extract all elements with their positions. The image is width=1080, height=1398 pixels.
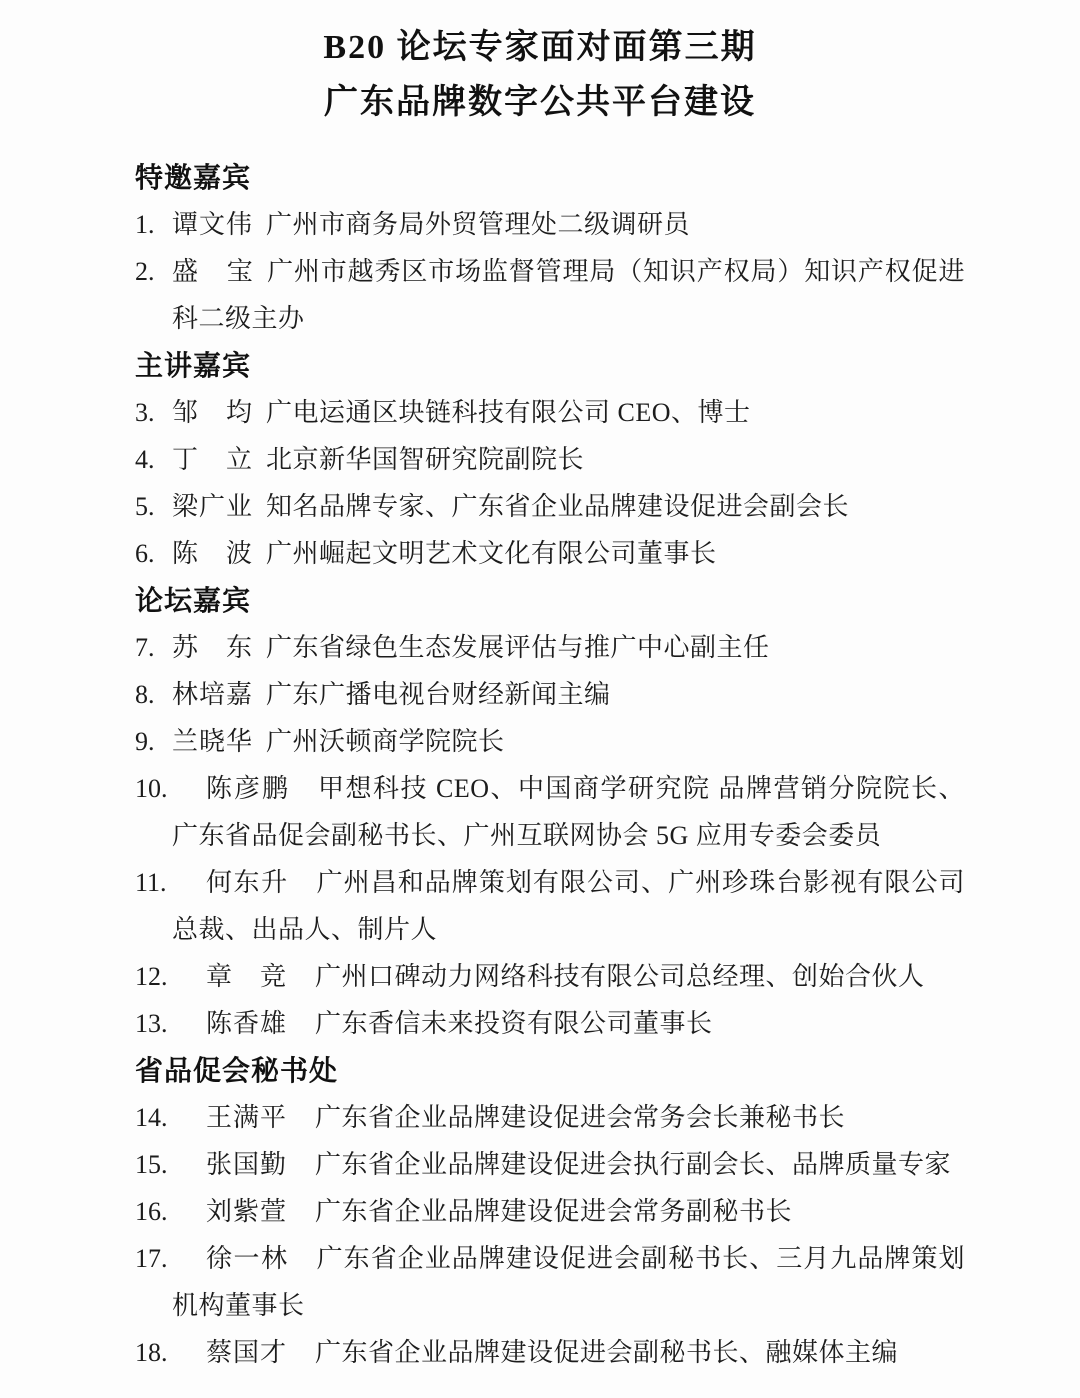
list-item: 2.盛 宝广州市越秀区市场监督管理局（知识产权局）知识产权促进科二级主办 (135, 248, 965, 342)
list-item: 16.刘紫萱广东省企业品牌建设促进会常务副秘书长 (135, 1188, 965, 1235)
item-name: 邹 均 (172, 398, 253, 427)
list-item: 1.谭文伟广州市商务局外贸管理处二级调研员 (135, 201, 965, 248)
item-desc: 甲想科技 CEO、中国商学研究院 品牌营销分院院长、广东省品促会副秘书长、广州互… (172, 774, 965, 850)
item-desc: 广州崛起文明艺术文化有限公司董事长 (266, 539, 717, 568)
item-number: 15. (135, 1141, 168, 1188)
section-items: 1.谭文伟广州市商务局外贸管理处二级调研员 2.盛 宝广州市越秀区市场监督管理局… (135, 201, 965, 342)
list-item: 13.陈香雄广东香信未来投资有限公司董事长 (135, 1000, 965, 1047)
item-number: 18. (135, 1329, 168, 1376)
item-name: 何东升 (206, 868, 289, 897)
item-desc: 广东省绿色生态发展评估与推广中心副主任 (266, 633, 770, 662)
item-name: 陈彦鹏 (206, 774, 290, 803)
item-number: 16. (135, 1188, 168, 1235)
section-items: 3.邹 均广电运通区块链科技有限公司 CEO、博士 4.丁 立北京新华国智研究院… (135, 389, 965, 577)
section: 论坛嘉宾 7.苏 东广东省绿色生态发展评估与推广中心副主任 8.林培嘉广东广播电… (135, 577, 965, 1047)
item-desc: 广州市商务局外贸管理处二级调研员 (266, 210, 690, 239)
section-heading: 特邀嘉宾 (135, 154, 965, 201)
list-item: 11.何东升广州昌和品牌策划有限公司、广州珍珠台影视有限公司总裁、出品人、制片人 (135, 859, 965, 953)
title-line-2: 广东品牌数字公共平台建设 (0, 75, 1080, 130)
item-name: 刘紫萱 (206, 1197, 287, 1226)
item-number: 14. (135, 1094, 168, 1141)
item-desc: 广东广播电视台财经新闻主编 (266, 680, 611, 709)
section: 省品促会秘书处 14.王满平广东省企业品牌建设促进会常务会长兼秘书长 15.张国… (135, 1047, 965, 1376)
title-line-1: B20 论坛专家面对面第三期 (0, 20, 1080, 75)
item-name: 张国勤 (206, 1150, 287, 1179)
list-item: 7.苏 东广东省绿色生态发展评估与推广中心副主任 (135, 624, 965, 671)
item-desc: 广东香信未来投资有限公司董事长 (315, 1009, 713, 1038)
item-desc: 广东省企业品牌建设促进会常务会长兼秘书长 (315, 1103, 845, 1132)
list-item: 15.张国勤广东省企业品牌建设促进会执行副会长、品牌质量专家 (135, 1141, 965, 1188)
item-number: 10. (135, 765, 168, 812)
item-name: 苏 东 (172, 633, 253, 662)
section-heading: 主讲嘉宾 (135, 342, 965, 389)
item-name: 徐一林 (206, 1244, 289, 1273)
item-desc: 广州昌和品牌策划有限公司、广州珍珠台影视有限公司总裁、出品人、制片人 (172, 868, 965, 944)
item-desc: 广东省企业品牌建设促进会副秘书长、融媒体主编 (315, 1338, 898, 1367)
item-name: 兰晓华 (172, 727, 253, 756)
item-number: 7. (135, 624, 155, 671)
item-number: 8. (135, 671, 155, 718)
item-desc: 广东省企业品牌建设促进会副秘书长、三月九品牌策划机构董事长 (172, 1244, 965, 1320)
item-number: 17. (135, 1235, 168, 1282)
section-heading: 论坛嘉宾 (135, 577, 965, 624)
item-desc: 广电运通区块链科技有限公司 CEO、博士 (266, 398, 751, 427)
list-item: 3.邹 均广电运通区块链科技有限公司 CEO、博士 (135, 389, 965, 436)
item-number: 13. (135, 1000, 168, 1047)
list-item: 9.兰晓华广州沃顿商学院院长 (135, 718, 965, 765)
item-number: 12. (135, 953, 168, 1000)
item-name: 梁广业 (172, 492, 253, 521)
item-name: 丁 立 (172, 445, 253, 474)
item-desc: 广东省企业品牌建设促进会常务副秘书长 (315, 1197, 792, 1226)
item-number: 5. (135, 483, 155, 530)
item-name: 陈 波 (172, 539, 253, 568)
item-name: 林培嘉 (172, 680, 253, 709)
section-items: 7.苏 东广东省绿色生态发展评估与推广中心副主任 8.林培嘉广东广播电视台财经新… (135, 624, 965, 1047)
list-item: 6.陈 波广州崛起文明艺术文化有限公司董事长 (135, 530, 965, 577)
list-item: 10.陈彦鹏甲想科技 CEO、中国商学研究院 品牌营销分院院长、广东省品促会副秘… (135, 765, 965, 859)
item-name: 盛 宝 (172, 257, 254, 286)
list-item: 12.章 竞广州口碑动力网络科技有限公司总经理、创始合伙人 (135, 953, 965, 1000)
sections-container: 特邀嘉宾 1.谭文伟广州市商务局外贸管理处二级调研员 2.盛 宝广州市越秀区市场… (135, 154, 965, 1376)
list-item: 5.梁广业知名品牌专家、广东省企业品牌建设促进会副会长 (135, 483, 965, 530)
item-number: 4. (135, 436, 155, 483)
section: 主讲嘉宾 3.邹 均广电运通区块链科技有限公司 CEO、博士 4.丁 立北京新华… (135, 342, 965, 577)
list-item: 8.林培嘉广东广播电视台财经新闻主编 (135, 671, 965, 718)
list-item: 17.徐一林广东省企业品牌建设促进会副秘书长、三月九品牌策划机构董事长 (135, 1235, 965, 1329)
list-item: 4.丁 立北京新华国智研究院副院长 (135, 436, 965, 483)
list-item: 14.王满平广东省企业品牌建设促进会常务会长兼秘书长 (135, 1094, 965, 1141)
item-number: 6. (135, 530, 155, 577)
document-title: B20 论坛专家面对面第三期 广东品牌数字公共平台建设 (0, 0, 1080, 130)
item-number: 1. (135, 201, 155, 248)
item-desc: 广州沃顿商学院院长 (266, 727, 505, 756)
item-desc: 广东省企业品牌建设促进会执行副会长、品牌质量专家 (315, 1150, 951, 1179)
section: 特邀嘉宾 1.谭文伟广州市商务局外贸管理处二级调研员 2.盛 宝广州市越秀区市场… (135, 154, 965, 342)
item-desc: 知名品牌专家、广东省企业品牌建设促进会副会长 (266, 492, 849, 521)
list-item: 18.蔡国才广东省企业品牌建设促进会副秘书长、融媒体主编 (135, 1329, 965, 1376)
item-name: 谭文伟 (172, 210, 253, 239)
item-desc: 广州市越秀区市场监督管理局（知识产权局）知识产权促进科二级主办 (172, 257, 965, 333)
item-name: 王满平 (206, 1103, 287, 1132)
item-number: 11. (135, 859, 167, 906)
item-name: 章 竞 (206, 962, 287, 991)
section-heading: 省品促会秘书处 (135, 1047, 965, 1094)
item-name: 蔡国才 (206, 1338, 287, 1367)
item-desc: 广州口碑动力网络科技有限公司总经理、创始合伙人 (315, 962, 925, 991)
item-name: 陈香雄 (206, 1009, 287, 1038)
item-number: 3. (135, 389, 155, 436)
section-items: 14.王满平广东省企业品牌建设促进会常务会长兼秘书长 15.张国勤广东省企业品牌… (135, 1094, 965, 1376)
document-page: B20 论坛专家面对面第三期 广东品牌数字公共平台建设 特邀嘉宾 1.谭文伟广州… (0, 0, 1080, 1398)
item-number: 2. (135, 248, 155, 295)
item-number: 9. (135, 718, 155, 765)
item-desc: 北京新华国智研究院副院长 (266, 445, 584, 474)
